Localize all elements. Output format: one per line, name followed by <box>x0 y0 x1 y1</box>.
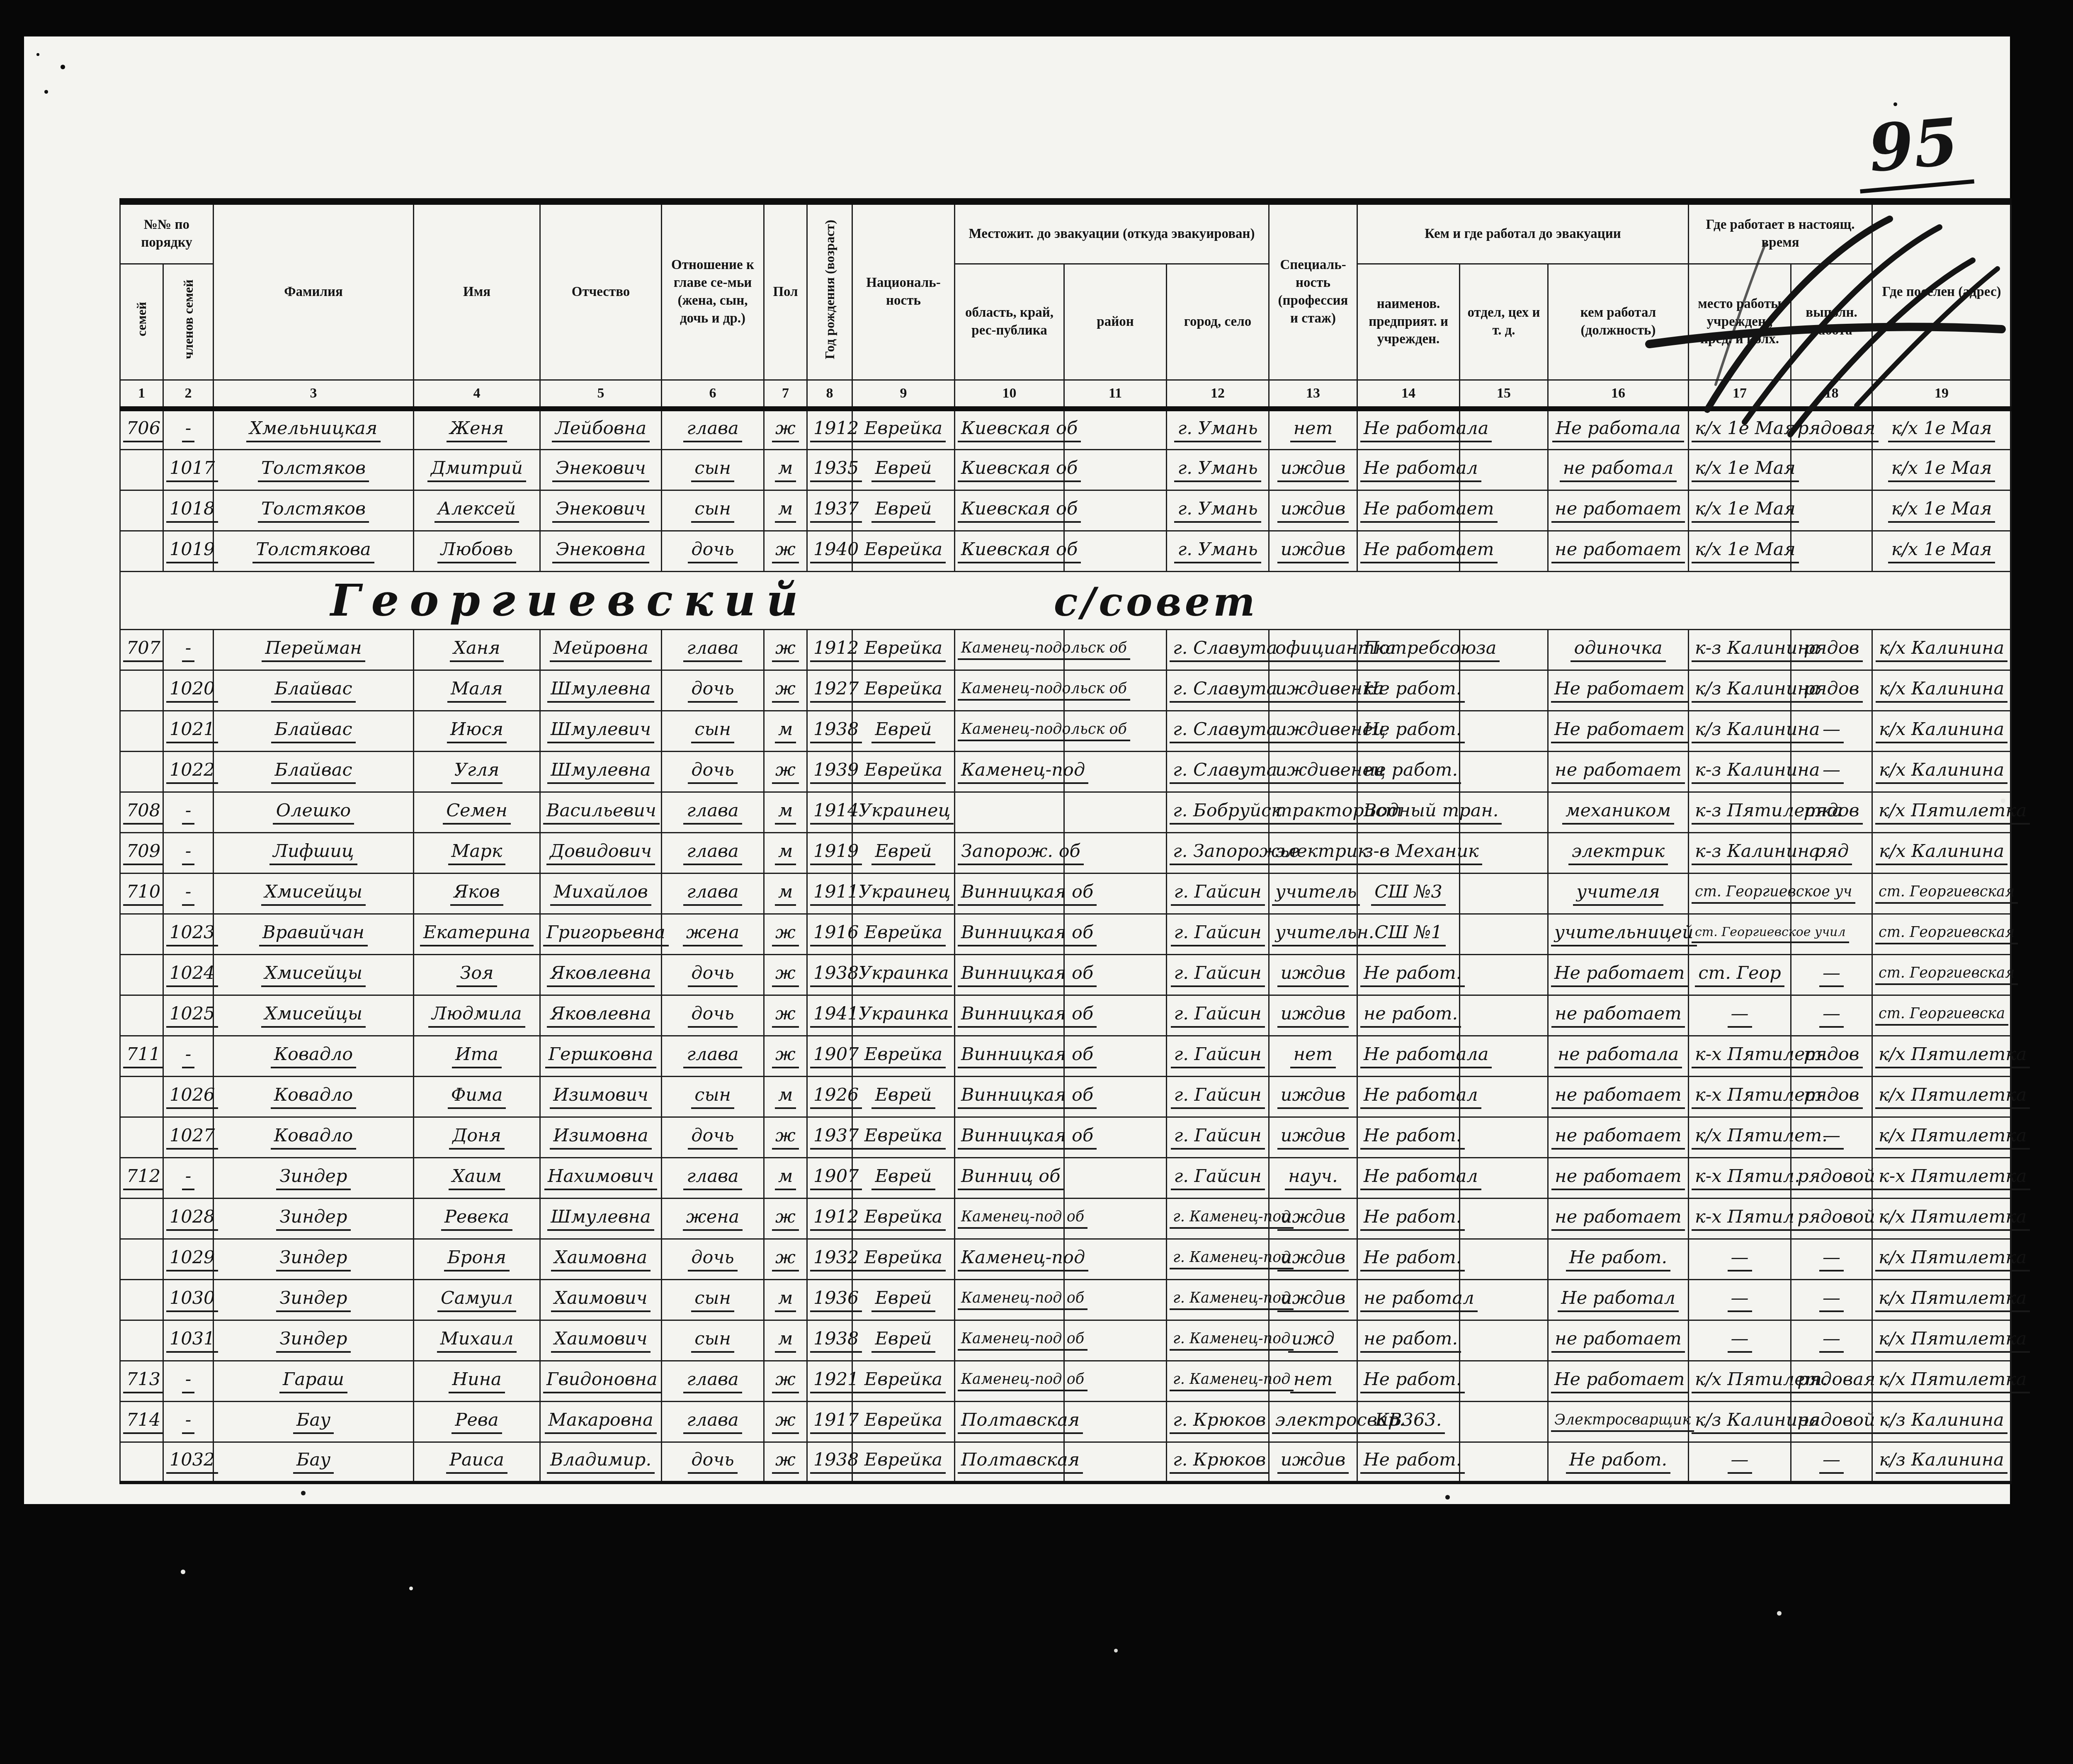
cell-current-workplace: к/х Пятилет. <box>1689 1361 1791 1401</box>
cell-value: дочь <box>688 1125 737 1150</box>
header-relation: Отношение к главе се-мьи (жена, сын, доч… <box>662 201 764 380</box>
cell-relation: глава <box>662 832 764 873</box>
header-raion: район <box>1064 264 1167 380</box>
cell-value: 1030 <box>166 1288 218 1312</box>
section-heading: Георгиевскийс/совет <box>120 571 2011 629</box>
cell-current-workplace: к-х Пятил. <box>1689 1157 1791 1198</box>
cell-oblast: Киевская об <box>955 449 1064 490</box>
cell-oblast: Киевская об <box>955 409 1064 449</box>
cell-work-performed: рядовой <box>1791 1157 1872 1198</box>
cell-value: учителя <box>1573 881 1663 906</box>
header-birth-year: Год рождения (возраст) <box>807 201 852 380</box>
cell-department <box>1460 1117 1548 1157</box>
cell-value: к/х Пятилетка <box>1875 1044 2030 1068</box>
cell-value: м <box>775 1328 796 1353</box>
cell-surname: Блайвас <box>214 711 414 751</box>
table-row: 1021БлайвасИюсяШмулевичсынм1938ЕврейКаме… <box>120 711 2011 751</box>
cell-nationality: Еврейка <box>852 670 955 711</box>
cell-value: Не работал <box>1558 1288 1679 1312</box>
cell-value: 1936 <box>810 1288 862 1312</box>
cell-family-no <box>120 1239 163 1279</box>
cell-surname: Олешко <box>214 792 414 832</box>
cell-value: 1935 <box>810 458 862 482</box>
cell-value: Яков <box>450 881 503 906</box>
cell-sex: м <box>764 873 807 914</box>
cell-sex: м <box>764 1279 807 1320</box>
table-row: 1019ТолстяковаЛюбовьЭнековнадочьж1940Евр… <box>120 531 2011 571</box>
cell-value: ряд <box>1811 841 1852 865</box>
cell-value: 709 <box>123 841 164 865</box>
cell-family-no <box>120 711 163 751</box>
cell-value: Доня <box>449 1125 505 1150</box>
cell-value: г. Гайсин <box>1171 922 1265 946</box>
cell-oblast: Каменец-под об <box>955 1320 1064 1361</box>
cell-family-no: 706 <box>120 409 163 449</box>
cell-family-no: 710 <box>120 873 163 914</box>
cell-oblast: Винниц об <box>955 1157 1064 1198</box>
cell-value: г. Гайсин <box>1171 1085 1265 1109</box>
cell-value: Не работает <box>1360 498 1498 523</box>
cell-value: к/х Калинина <box>1876 638 2007 662</box>
cell-value: глава <box>683 1044 742 1068</box>
cell-patronymic: Владимир. <box>540 1442 662 1483</box>
cell-patronymic: Довидович <box>540 832 662 873</box>
table-row: 707-ПерейманХаняМейровнаглаваж1912Еврейк… <box>120 629 2011 670</box>
cell-value: к/х Калинина <box>1876 759 2007 784</box>
cell-value: к/х Пятилетка <box>1875 800 2030 825</box>
table-row: 711-КовадлоИтаГершковнаглаваж1907Еврейка… <box>120 1036 2011 1076</box>
cell-value: Украинка <box>855 1003 952 1028</box>
cell-relation: сын <box>662 490 764 531</box>
cell-enterprise: не работал <box>1357 1279 1460 1320</box>
cell-value: учительницей <box>1551 922 1697 946</box>
cell-city-village: г. Славута <box>1167 711 1269 751</box>
cell-work-performed: рядовой <box>1791 1401 1872 1442</box>
cell-surname: Бау <box>214 1401 414 1442</box>
cell-value: Хаим <box>449 1166 505 1190</box>
cell-value: Полтавская <box>958 1410 1083 1434</box>
cell-current-workplace: к-х Пятил <box>1689 1198 1791 1239</box>
header-sex: Пол <box>764 201 807 380</box>
cell-city-village: г. Гайсин <box>1167 1157 1269 1198</box>
cell-specialty: иждив <box>1269 449 1357 490</box>
cell-value: 1907 <box>810 1166 862 1190</box>
cell-value: ст. Георгиевска <box>1875 1005 2008 1026</box>
cell-current-workplace: к/х Пятилет. <box>1689 1117 1791 1157</box>
cell-relation: дочь <box>662 751 764 792</box>
cell-value: г. Гайсин <box>1171 1044 1265 1068</box>
cell-department <box>1460 1361 1548 1401</box>
cell-value: сын <box>691 1328 734 1353</box>
cell-sex: м <box>764 1076 807 1117</box>
cell-value: Еврей <box>871 498 935 523</box>
cell-value: не работает <box>1551 498 1685 523</box>
cell-value: Еврей <box>871 1328 935 1353</box>
cell-work-performed <box>1791 449 1872 490</box>
cell-relation: глава <box>662 1361 764 1401</box>
cell-family-no: 712 <box>120 1157 163 1198</box>
column-number: 8 <box>807 380 852 409</box>
cell-specialty: иждив <box>1269 1117 1357 1157</box>
cell-enterprise: СШ №3 <box>1357 873 1460 914</box>
cell-value: — <box>1728 1328 1752 1353</box>
cell-value: Яковлевна <box>547 963 654 987</box>
cell-member-no: 1018 <box>163 490 214 531</box>
cell-relation: глава <box>662 1157 764 1198</box>
cell-value: 1940 <box>810 539 862 563</box>
table-row: 1027КовадлоДоняИзимовнадочьж1937ЕврейкаВ… <box>120 1117 2011 1157</box>
cell-city-village: г. Запорожье <box>1167 832 1269 873</box>
cell-value: сын <box>691 498 734 523</box>
cell-value: 1917 <box>810 1410 862 1434</box>
cell-value: Еврей <box>871 1085 935 1109</box>
cell-specialty: иждив <box>1269 1239 1357 1279</box>
table-row: 713-ГарашНинаГвидоновнаглаваж1921Еврейка… <box>120 1361 2011 1401</box>
cell-value: Угля <box>451 759 503 784</box>
cell-surname: Ковадло <box>214 1117 414 1157</box>
cell-department <box>1460 751 1548 792</box>
cell-nationality: Еврей <box>852 449 955 490</box>
cell-enterprise: Не работала <box>1357 409 1460 449</box>
cell-patronymic: Григорьевна <box>540 914 662 954</box>
cell-oblast: Каменец-подольск об <box>955 711 1064 751</box>
cell-birth-year: 1921 <box>807 1361 852 1401</box>
cell-value: ж <box>772 418 799 442</box>
cell-first-name: Людмила <box>414 995 540 1036</box>
cell-value: 1021 <box>166 719 218 743</box>
cell-value: рядовая <box>1794 418 1879 442</box>
cell-enterprise: Не работ. <box>1357 1361 1460 1401</box>
cell-value: Винницкая об <box>958 1044 1097 1068</box>
cell-settled-address: к-х Пятилетка <box>1872 1157 2011 1198</box>
cell-department <box>1460 995 1548 1036</box>
cell-value: рядов <box>1800 678 1862 703</box>
cell-value: Олешко <box>273 800 354 825</box>
cell-value: Каменец-под <box>958 1247 1088 1271</box>
cell-value: Каменец-под об <box>958 1371 1087 1391</box>
cell-value: Хмельницкая <box>246 418 381 442</box>
cell-value: Запорож. об <box>958 841 1084 865</box>
cell-value: Блайвас <box>271 759 355 784</box>
cell-value: к/х 1е Мая <box>1692 418 1799 442</box>
table-row: 1028ЗиндерРевекаШмулевнаженаж1912Еврейка… <box>120 1198 2011 1239</box>
cell-current-workplace: к/х 1е Мая <box>1689 449 1791 490</box>
cell-settled-address: к/х Калинина <box>1872 711 2011 751</box>
cell-value: не работ. <box>1360 1328 1461 1353</box>
table-row: 1022БлайвасУгляШмулевнадочьж1939ЕврейкаК… <box>120 751 2011 792</box>
cell-value: 1912 <box>810 418 862 442</box>
cell-nationality: Украинец <box>852 873 955 914</box>
cell-patronymic: Мейровна <box>540 629 662 670</box>
cell-surname: Зиндер <box>214 1320 414 1361</box>
cell-city-village: г. Гайсин <box>1167 1036 1269 1076</box>
cell-value: Каменец-подольск об <box>958 640 1130 660</box>
cell-value: Еврейка <box>861 759 946 784</box>
cell-sex: ж <box>764 1198 807 1239</box>
cell-value: 1027 <box>166 1125 218 1150</box>
cell-value: ж <box>772 1410 799 1434</box>
cell-current-workplace: к/з Калинина <box>1689 711 1791 751</box>
cell-department <box>1460 1442 1548 1483</box>
cell-value: Лифшиц <box>269 841 357 865</box>
cell-relation: сын <box>662 1076 764 1117</box>
cell-value: ст. Георгиевская <box>1875 965 2018 985</box>
table-row: 1032БауРаисаВладимир.дочьж1938ЕврейкаПол… <box>120 1442 2011 1483</box>
cell-value: 1029 <box>166 1247 218 1271</box>
cell-family-no <box>120 490 163 531</box>
cell-birth-year: 1939 <box>807 751 852 792</box>
cell-value: 1937 <box>810 498 862 523</box>
cell-relation: глава <box>662 792 764 832</box>
cell-relation: дочь <box>662 531 764 571</box>
cell-first-name: Зоя <box>414 954 540 995</box>
cell-value: Толстяков <box>258 498 369 523</box>
cell-value: иждив <box>1277 1288 1349 1312</box>
cell-sex: ж <box>764 629 807 670</box>
table-row: 706-ХмельницкаяЖеняЛейбовнаглаваж1912Евр… <box>120 409 2011 449</box>
cell-value: Киевская об <box>958 418 1081 442</box>
cell-sex: ж <box>764 1117 807 1157</box>
cell-first-name: Женя <box>414 409 540 449</box>
cell-value: к/х Пятилетка <box>1875 1328 2030 1353</box>
cell-enterprise: Не работ. <box>1357 1442 1460 1483</box>
cell-enterprise: Не работает <box>1357 531 1460 571</box>
cell-value: глава <box>683 1166 742 1190</box>
cell-position: не работает <box>1548 751 1689 792</box>
cell-value: глава <box>683 418 742 442</box>
cell-value: не работал <box>1560 458 1677 482</box>
cell-value: г. Каменец-под <box>1170 1290 1294 1310</box>
cell-sex: ж <box>764 531 807 571</box>
cell-value: 1938 <box>810 719 862 743</box>
column-number: 10 <box>955 380 1064 409</box>
cell-position: не работает <box>1548 1117 1689 1157</box>
cell-value: Зиндер <box>276 1328 350 1353</box>
cell-settled-address: к/х Пятилетка <box>1872 1036 2011 1076</box>
cell-first-name: Июся <box>414 711 540 751</box>
cell-value: Бау <box>293 1410 334 1434</box>
header-member-no: членов семей <box>163 264 214 380</box>
cell-patronymic: Гершковна <box>540 1036 662 1076</box>
cell-value: к-х Пятилетка <box>1875 1166 2030 1190</box>
cell-surname: Блайвас <box>214 670 414 711</box>
cell-value: иждив <box>1277 1206 1349 1231</box>
cell-value: Киевская об <box>958 498 1081 523</box>
cell-value: г. Умань <box>1174 458 1261 482</box>
cell-nationality: Еврейка <box>852 914 955 954</box>
cell-family-no <box>120 1320 163 1361</box>
cell-value: ст. Георгиевская <box>1875 924 2018 944</box>
cell-value: Энекович <box>552 498 649 523</box>
cell-relation: дочь <box>662 670 764 711</box>
cell-value: учитель <box>1272 881 1360 906</box>
cell-current-workplace: к/х 1е Мая <box>1689 531 1791 571</box>
cell-birth-year: 1907 <box>807 1157 852 1198</box>
cell-value: г. Каменец-под <box>1170 1371 1294 1391</box>
cell-oblast <box>955 792 1064 832</box>
cell-position: учительницей <box>1548 914 1689 954</box>
header-order-group: №№ по порядку <box>120 201 214 264</box>
cell-value: Украинец <box>855 800 954 825</box>
cell-value: Винницкая об <box>958 1125 1097 1150</box>
cell-value: дочь <box>688 759 737 784</box>
cell-value: к-з Калинина <box>1692 841 1823 865</box>
cell-value: г. Крюков <box>1170 1410 1269 1434</box>
cell-value: Не работает <box>1360 539 1498 563</box>
table-row: 1029ЗиндерБроняХаимовнадочьж1932ЕврейкаК… <box>120 1239 2011 1279</box>
cell-surname: Толстяков <box>214 490 414 531</box>
cell-specialty: электрик <box>1269 832 1357 873</box>
cell-sex: ж <box>764 995 807 1036</box>
cell-value: м <box>775 1166 796 1190</box>
cell-value: Украинец <box>855 881 954 906</box>
cell-city-village: г. Крюков <box>1167 1442 1269 1483</box>
cell-value: рядовой <box>1794 1166 1879 1190</box>
cell-family-no: 713 <box>120 1361 163 1401</box>
cell-enterprise: Потребсоюза <box>1357 629 1460 670</box>
cell-work-performed <box>1791 531 1872 571</box>
cell-value: Григорьевна <box>543 922 669 946</box>
cell-patronymic: Михайлов <box>540 873 662 914</box>
cell-value: ж <box>772 1247 799 1271</box>
cell-specialty: учительн. <box>1269 914 1357 954</box>
cell-value: — <box>1728 1449 1752 1474</box>
table-row: 1031ЗиндерМихаилХаимовичсынм1938ЕврейКам… <box>120 1320 2011 1361</box>
cell-first-name: Ханя <box>414 629 540 670</box>
cell-current-workplace: — <box>1689 995 1791 1036</box>
cell-patronymic: Лейбовна <box>540 409 662 449</box>
cell-value: СШ №1 <box>1371 922 1446 946</box>
cell-member-no: - <box>163 832 214 873</box>
cell-current-workplace: к/х 1е Мая <box>1689 409 1791 449</box>
cell-work-performed: — <box>1791 995 1872 1036</box>
cell-settled-address: ст. Георгиевская <box>1872 914 2011 954</box>
cell-value: м <box>775 498 796 523</box>
table-row: 1024ХмисейцыЗояЯковлевнадочьж1938Украинк… <box>120 954 2011 995</box>
cell-value: к/з Калинина <box>1876 1410 2007 1434</box>
column-number: 7 <box>764 380 807 409</box>
cell-enterprise: не работ. <box>1357 1320 1460 1361</box>
cell-value: не работ. <box>1360 759 1461 784</box>
cell-value: м <box>775 800 796 825</box>
cell-member-no: - <box>163 792 214 832</box>
cell-value: г. Гайсин <box>1171 1125 1265 1150</box>
cell-value: 1912 <box>810 638 862 662</box>
cell-value: 1019 <box>166 539 218 563</box>
cell-oblast: Каменец-под об <box>955 1198 1064 1239</box>
cell-nationality: Еврейка <box>852 629 955 670</box>
cell-value: к/х 1е Мая <box>1692 498 1799 523</box>
cell-city-village: г. Славута <box>1167 751 1269 792</box>
cell-value: г. Бобруйск <box>1170 800 1285 825</box>
cell-value: Еврей <box>871 1166 935 1190</box>
cell-enterprise: КВ363. <box>1357 1401 1460 1442</box>
cell-settled-address: к/з Калинина <box>1872 1401 2011 1442</box>
cell-member-no: - <box>163 409 214 449</box>
cell-value: рядовая <box>1794 1369 1879 1393</box>
cell-birth-year: 1927 <box>807 670 852 711</box>
cell-value: Не работает <box>1551 1369 1688 1393</box>
cell-value: 707 <box>123 638 164 662</box>
cell-sex: ж <box>764 751 807 792</box>
cell-value: — <box>1819 759 1844 784</box>
cell-settled-address: к/х Пятилетка <box>1872 1117 2011 1157</box>
column-number: 19 <box>1872 380 2011 409</box>
cell-value: к-х Пятил. <box>1692 1166 1804 1190</box>
cell-city-village: г. Умань <box>1167 449 1269 490</box>
cell-value: не работает <box>1551 1003 1685 1028</box>
cell-work-performed: — <box>1791 1239 1872 1279</box>
cell-first-name: Ита <box>414 1036 540 1076</box>
cell-value: ижд <box>1288 1328 1338 1353</box>
column-numbers-row: 12345678910111213141516171819 <box>120 380 2011 409</box>
cell-value: иждив <box>1277 498 1349 523</box>
cell-position: Не работ. <box>1548 1442 1689 1483</box>
cell-family-no <box>120 1279 163 1320</box>
table-row: 710-ХмисейцыЯковМихайловглавам1911Украин… <box>120 873 2011 914</box>
cell-city-village: г. Каменец-под <box>1167 1198 1269 1239</box>
cell-value: ж <box>772 1003 799 1028</box>
cell-member-no: 1029 <box>163 1239 214 1279</box>
cell-oblast: Запорож. об <box>955 832 1064 873</box>
cell-value: Не работ. <box>1360 719 1465 743</box>
cell-value: 1932 <box>810 1247 862 1271</box>
cell-value: 1937 <box>810 1125 862 1150</box>
cell-specialty: иждивенец <box>1269 751 1357 792</box>
cell-enterprise: з-в Механик <box>1357 832 1460 873</box>
cell-value: Зиндер <box>276 1288 350 1312</box>
cell-settled-address: к/х Калинина <box>1872 751 2011 792</box>
header-family-no: семей <box>120 264 163 380</box>
cell-value: Каменец-под об <box>958 1330 1087 1351</box>
table-row: 1026КовадлоФимаИзимовичсынм1926ЕврейВинн… <box>120 1076 2011 1117</box>
cell-relation: сын <box>662 1320 764 1361</box>
cell-current-workplace: к-з Калинина <box>1689 832 1791 873</box>
cell-settled-address: к/х 1е Мая <box>1872 449 2011 490</box>
cell-specialty: иждив <box>1269 531 1357 571</box>
cell-value: одиночка <box>1571 638 1665 662</box>
cell-value: не работает <box>1551 1125 1685 1150</box>
cell-work-performed: рядов <box>1791 1036 1872 1076</box>
cell-value: Винниц об <box>958 1166 1063 1190</box>
cell-position: Не работает <box>1548 1361 1689 1401</box>
cell-specialty: иждивенка <box>1269 670 1357 711</box>
cell-nationality: Еврейка <box>852 1198 955 1239</box>
cell-patronymic: Гвидоновна <box>540 1361 662 1401</box>
cell-value: — <box>1819 719 1844 743</box>
cell-nationality: Еврейка <box>852 1036 955 1076</box>
cell-value: к/х Пятилетка <box>1875 1085 2030 1109</box>
section-heading-name: Георгиевский <box>330 575 809 626</box>
cell-value: - <box>182 1166 195 1190</box>
cell-surname: Перейман <box>214 629 414 670</box>
cell-settled-address: к/х Пятилетка <box>1872 1198 2011 1239</box>
cell-value: к/х Пятилетка <box>1875 1247 2030 1271</box>
cell-value: Киевская об <box>958 539 1081 563</box>
cell-value: 1914 <box>810 800 862 825</box>
document-page: 95 №№ по порядку Фамилия Имя Отчество От… <box>24 36 2010 1504</box>
cell-settled-address: к/х Пятилетка <box>1872 1361 2011 1401</box>
cell-value: м <box>775 1085 796 1109</box>
cell-value: ж <box>772 1125 799 1150</box>
cell-sex: м <box>764 792 807 832</box>
cell-value: иждив <box>1277 1003 1349 1028</box>
column-number: 6 <box>662 380 764 409</box>
cell-value: глава <box>683 881 742 906</box>
cell-value: Не работ. <box>1566 1247 1670 1271</box>
cell-specialty: нет <box>1269 1036 1357 1076</box>
cell-work-performed: рядов <box>1791 670 1872 711</box>
